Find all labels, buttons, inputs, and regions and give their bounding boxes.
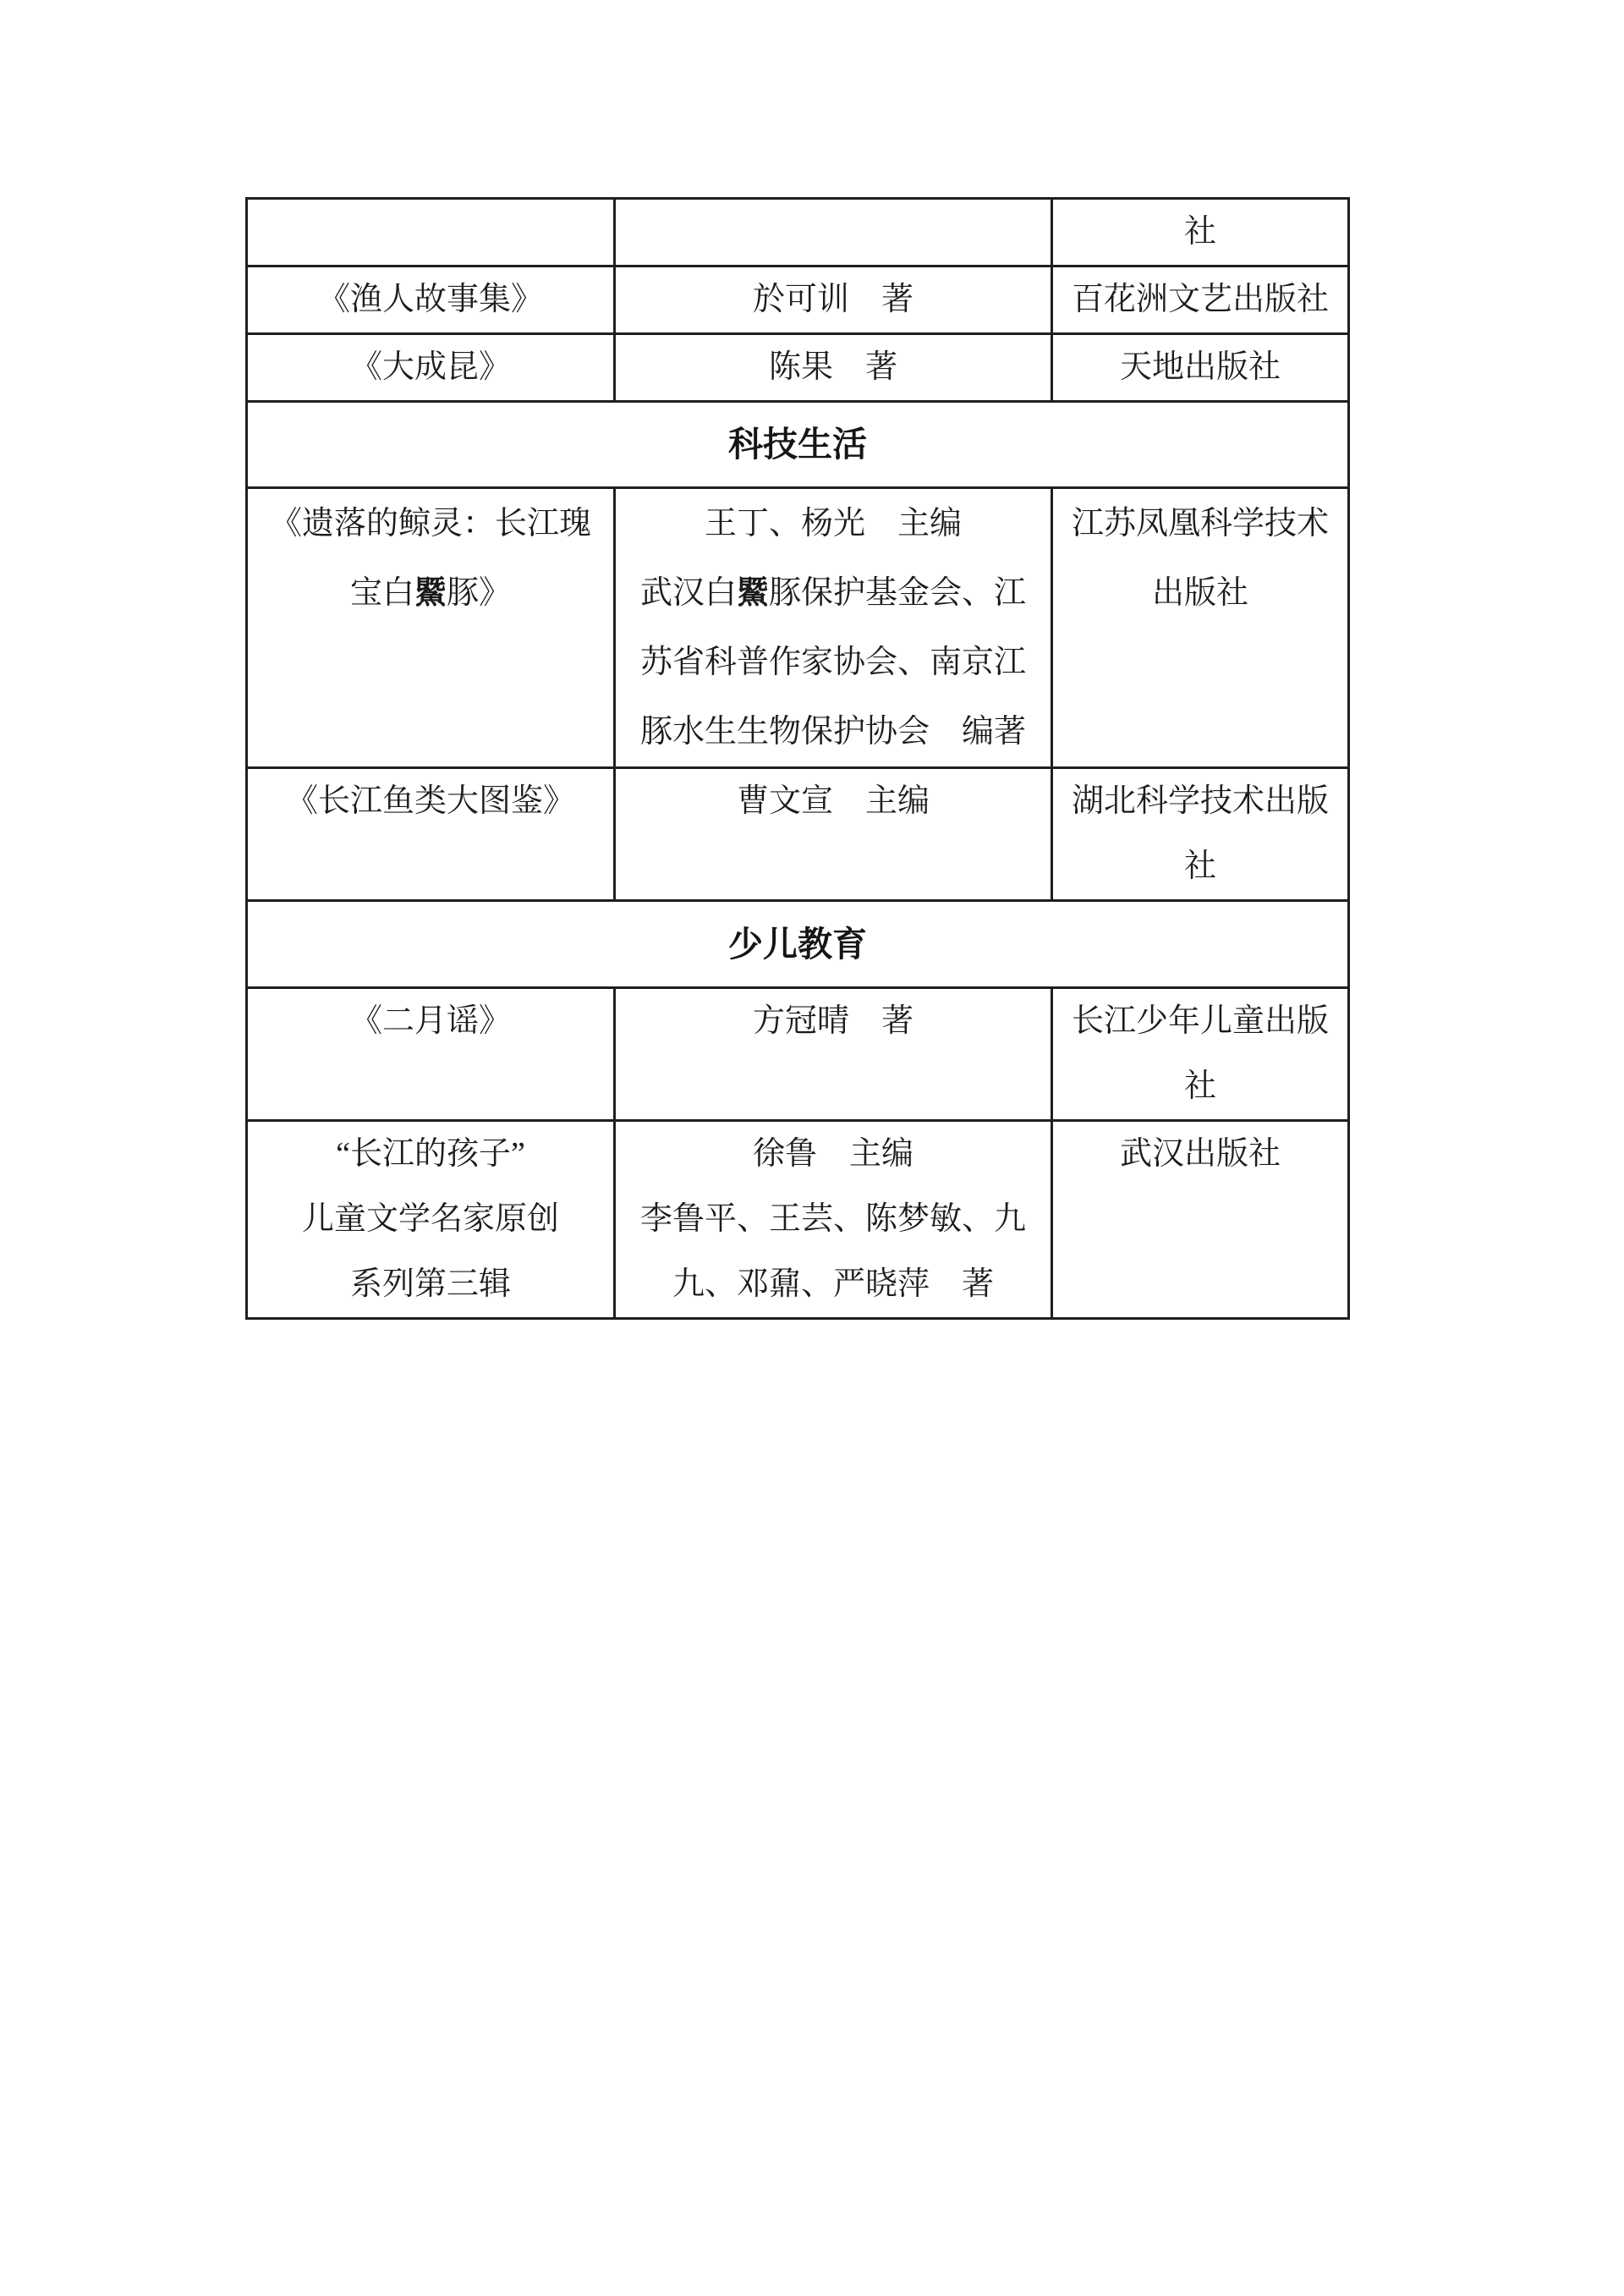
- publisher-cell: 武汉出版社: [1052, 1121, 1349, 1319]
- table-row: “长江的孩子” 儿童文学名家原创 系列第三辑 徐鲁 主编 李鲁平、王芸、陈梦敏、…: [247, 1121, 1349, 1319]
- book-title-cell: “长江的孩子” 儿童文学名家原创 系列第三辑: [247, 1121, 615, 1319]
- book-title-cell: 《遗落的鲸灵：长江瑰 宝白鱀豚》: [247, 488, 615, 768]
- publisher-cell: 湖北科学技术出版 社: [1052, 768, 1349, 901]
- book-title-cell: 《二月谣》: [247, 988, 615, 1121]
- book-title-cell: 《大成昆》: [247, 334, 615, 402]
- publisher-cell: 江苏凤凰科学技术 出版社: [1052, 488, 1349, 768]
- publisher-cell: 天地出版社: [1052, 334, 1349, 402]
- author-cell: [615, 199, 1052, 266]
- section-header: 少儿教育: [247, 901, 1349, 988]
- table-row: 社: [247, 199, 1349, 266]
- book-list-table: 社 《渔人故事集》 於可训 著 百花洲文艺出版社 《大成昆》 陈果 著 天地出版…: [245, 197, 1350, 1320]
- table-row: 《大成昆》 陈果 著 天地出版社: [247, 334, 1349, 402]
- section-header: 科技生活: [247, 402, 1349, 488]
- author-cell: 方冠晴 著: [615, 988, 1052, 1121]
- author-cell: 徐鲁 主编 李鲁平、王芸、陈梦敏、九 九、邓鼐、严晓萍 著: [615, 1121, 1052, 1319]
- section-header-row: 科技生活: [247, 402, 1349, 488]
- book-title-cell: 《长江鱼类大图鉴》: [247, 768, 615, 901]
- author-cell: 王丁、杨光 主编 武汉白鱀豚保护基金会、江 苏省科普作家协会、南京江 豚水生生物…: [615, 488, 1052, 768]
- table-row: 《遗落的鲸灵：长江瑰 宝白鱀豚》 王丁、杨光 主编 武汉白鱀豚保护基金会、江 苏…: [247, 488, 1349, 768]
- publisher-cell: 长江少年儿童出版 社: [1052, 988, 1349, 1121]
- author-cell: 於可训 著: [615, 266, 1052, 334]
- table-row: 《长江鱼类大图鉴》 曹文宣 主编 湖北科学技术出版 社: [247, 768, 1349, 901]
- book-title-cell: 《渔人故事集》: [247, 266, 615, 334]
- author-cell: 陈果 著: [615, 334, 1052, 402]
- document-page: 社 《渔人故事集》 於可训 著 百花洲文艺出版社 《大成昆》 陈果 著 天地出版…: [0, 0, 1624, 2296]
- table-row: 《二月谣》 方冠晴 著 长江少年儿童出版 社: [247, 988, 1349, 1121]
- section-header-row: 少儿教育: [247, 901, 1349, 988]
- publisher-cell: 百花洲文艺出版社: [1052, 266, 1349, 334]
- author-cell: 曹文宣 主编: [615, 768, 1052, 901]
- book-title-cell: [247, 199, 615, 266]
- table-row: 《渔人故事集》 於可训 著 百花洲文艺出版社: [247, 266, 1349, 334]
- publisher-cell: 社: [1052, 199, 1349, 266]
